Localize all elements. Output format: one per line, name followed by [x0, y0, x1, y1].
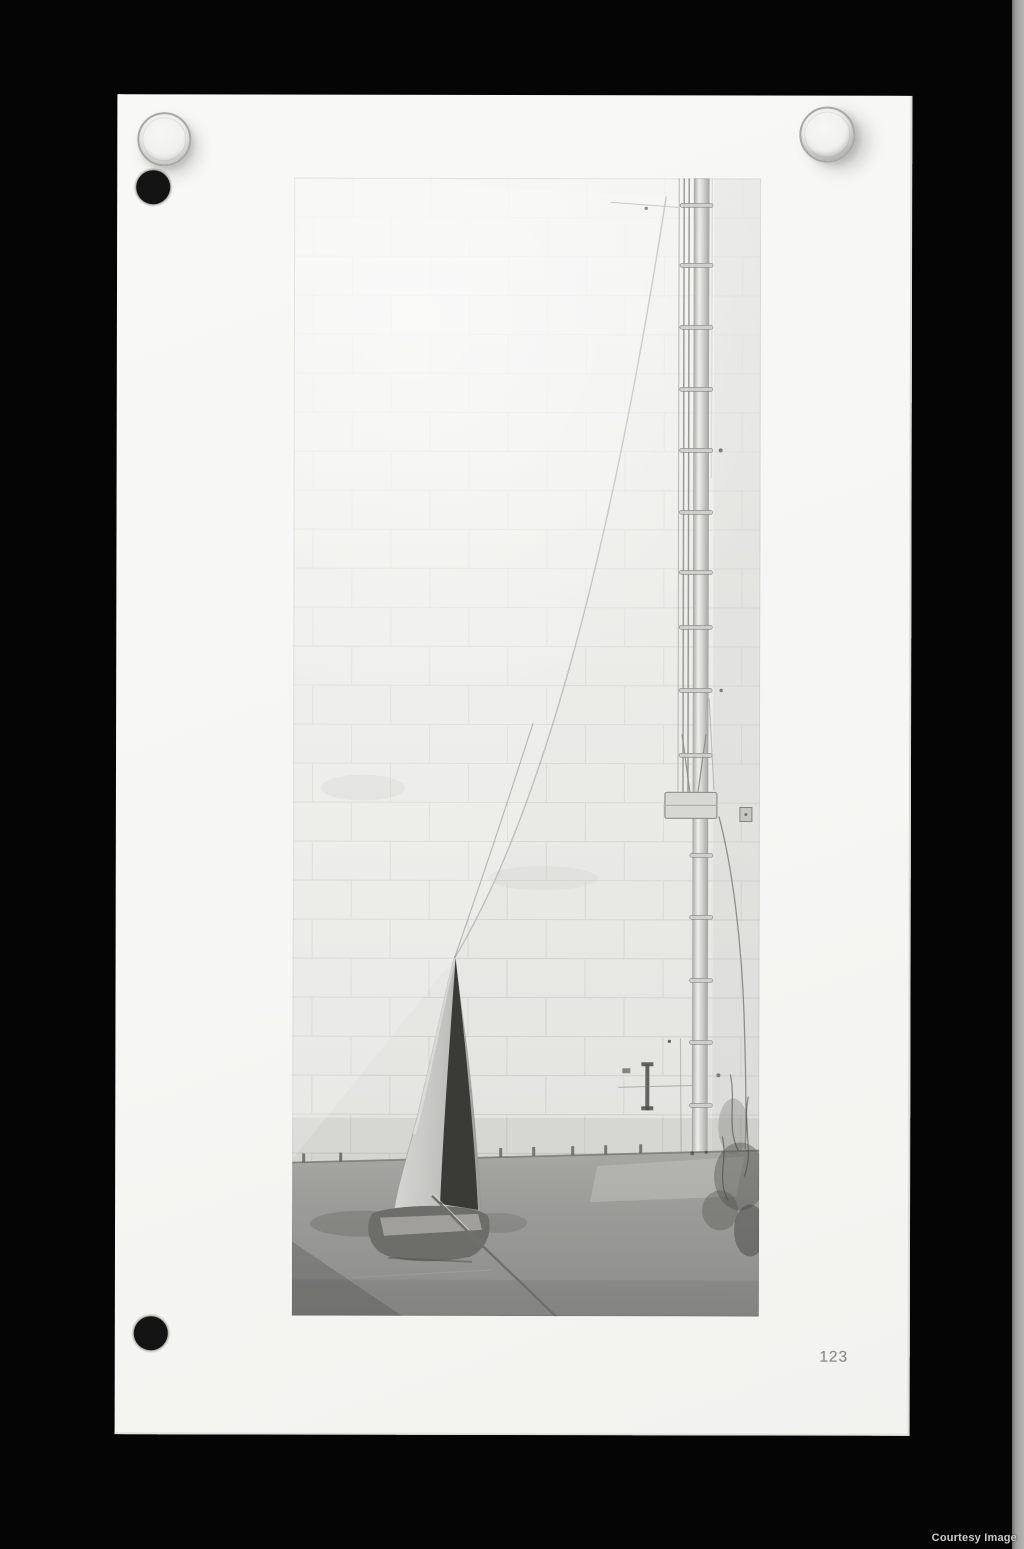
- photo-junction-box: [665, 792, 717, 818]
- hole-punch-dot-icon: [134, 1316, 168, 1350]
- photo-board-background: 123 Courtesy Image: [0, 0, 1024, 1549]
- magnet-pin-icon: [137, 112, 191, 166]
- album-page: 123: [115, 94, 913, 1436]
- artwork-photograph: [292, 178, 761, 1317]
- scan-edge-strip: [1012, 0, 1024, 1549]
- magnet-pin-icon: [799, 107, 855, 163]
- page-number: 123: [804, 1348, 864, 1368]
- hole-punch-dot-icon: [136, 170, 170, 204]
- artwork-photograph-canvas: [292, 178, 761, 1317]
- photo-outlet-box: [740, 807, 752, 821]
- courtesy-image-watermark: Courtesy Image: [932, 1532, 1017, 1544]
